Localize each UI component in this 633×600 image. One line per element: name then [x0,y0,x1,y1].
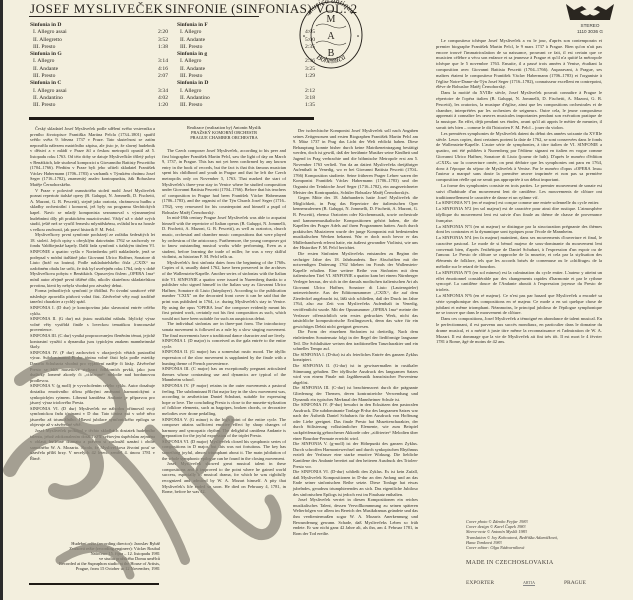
movement-name: III. Presto [177,44,202,51]
note-paragraph: The Czech composer Josef Mysliveček, acc… [162,148,286,215]
composer-name: JOSEF MYSLIVEČEK [30,1,163,17]
movement-duration: 2:12 [305,88,315,95]
movement-name: I. Allegro [177,58,201,65]
artia-logo-icon: ARTIA [523,580,535,586]
note-paragraph: La SINFONIA Nº3 (en ut majeur) se distin… [436,224,602,236]
work-title: Sinfonia in C [30,80,168,87]
movement-name: II. Andantino [30,95,63,102]
exporter-row: EXPORTER ARTIA PRAGUE [466,580,586,586]
movement-name: I. Allegro [177,88,201,95]
note-paragraph: In mid-18th century Prague Josef Myslive… [162,215,286,260]
city-label: PRAGUE [564,580,586,586]
note-paragraph: SINFONIA II. (G major) has a somewhat ru… [162,349,286,366]
movement-row: II. Andante5:00 [177,37,315,44]
movement-name: III. Presto [30,102,55,109]
movement-row: I. Allegro2:12 [177,88,315,95]
movement-row: III. Presto1:29 [177,73,315,80]
note-paragraph: Die SINFONIA VI. (D-dur) schließt den Zy… [293,469,418,497]
movement-name: II. Allegretto [30,37,62,44]
work-title: Sinfonia in G [30,51,168,58]
note-paragraph: SINFONIA III. (C major) has an exception… [162,366,286,383]
movement-duration: 2:20 [158,29,168,36]
note-paragraph: Mysliveček's first sinfonia dates from t… [162,260,286,322]
tracklist-column-2: Sinfonia in FI. Allegro4:05II. Andante5:… [177,22,315,110]
movement-name: III. Presto [177,73,202,80]
credit-line: Cover editor: Olga Nádvorníková [466,545,616,550]
header-rule [29,16,259,17]
note-paragraph: Die SINFONIA I. (D-dur) ist als feierlic… [293,352,418,363]
german-notes: Der tschechische Komponist Josef Myslive… [293,128,418,536]
note-paragraph: La SINFONIA Nº4 (en fa majeur) maintient… [436,235,602,270]
movement-name: III. Presto [177,102,202,109]
note-paragraph: La SINFONIA Nº6 (en ré majeur). Ce n'est… [436,293,602,316]
note-paragraph: SINFONIA V. (G minor) is the high point … [162,417,286,439]
movement-row: I. Allegro2:36 [177,58,315,65]
note-paragraph: La SINFONIA Nº2 (en sol majeur) est de c… [436,206,602,223]
movement-name: III. Presto [30,73,55,80]
movement-duration: 2:07 [158,73,168,80]
french-notes: Le compositeur tchèque Josef Mysliveček … [436,38,602,345]
movement-row: I. Allegro3:14 [30,58,168,65]
work-title: Sinfonia in g [177,51,315,58]
tracklist-column-1: Sinfonia in DI. Allegro assai2:20II. All… [30,22,168,110]
note-paragraph: Český skladatel Josef Mysliveček podle s… [30,126,155,188]
movement-duration: 1:35 [305,102,315,109]
movement-duration: 1:20 [158,102,168,109]
note-paragraph: SINFONIA I. (D dur) je koncipována jako … [30,305,155,316]
movement-row: II. Andante3:25 [177,66,315,73]
catalog-number: 1110 3036 G [560,29,620,35]
record-sleeve-back: JOSEF MYSLIVEČEK SINFONIE (SINFONIAS) VO… [0,0,633,600]
note-paragraph: Myslivečkovy první symfonie pocházejí ze… [30,232,155,288]
work-title: Sinfonia in D [177,80,315,87]
movement-row: II. Allegretto3:52 [30,37,168,44]
note-paragraph: La forme des symphonies consiste en troi… [436,183,602,200]
note-paragraph: Gegen Mitte des 18. Jahrhunderts hatte J… [293,195,418,251]
work-title: Sinfonia in D [30,22,168,29]
movement-row: III. Presto2:35 [177,44,315,51]
note-paragraph: SINFONIA I. (D major) is conceived as th… [162,338,286,349]
note-paragraph: SINFONIA V. (g moll) je vyvrcholením cel… [30,383,155,405]
movement-name: I. Allegro assai [30,88,67,95]
musica-antiqua-bohemica-emblem-icon: musica antiqua Bohemica M A B [298,0,364,70]
note-paragraph: SINFONIA IV. (F major) retains in the ou… [162,383,286,417]
note-paragraph: Dans ces compositions, Josef Mysliveček … [436,316,602,345]
movement-row: I. Allegro4:05 [177,29,315,36]
czech-notes: Český skladatel Josef Mysliveček podle s… [30,126,155,462]
movement-name: II. Andante [30,66,58,73]
movement-row: III. Presto1:38 [30,44,168,51]
svg-text:B: B [328,48,335,59]
movement-duration: 3:52 [158,37,168,44]
note-paragraph: Die SINFONIA IV. (F-dur) bewahrt in den … [293,402,418,441]
note-paragraph: Les premières symphonies de Mysliveček d… [436,131,602,183]
movement-duration: 4:02 [158,95,168,102]
svg-text:M: M [327,14,336,25]
note-paragraph: SINFONIA VI. (D major) Mysliveček closed… [162,439,286,461]
movement-name: II. Andante [177,37,205,44]
note-paragraph: Josef Mysliveček verriet in diesen Kompo… [293,497,418,536]
work-title: Sinfonia in F [177,22,315,29]
movement-row: III. Presto1:20 [30,102,168,109]
orchestra-english: PRAGUE CHAMBER ORCHESTRA [162,135,286,140]
made-in-label: MADE IN CZECHOSLOVAKIA [466,560,554,566]
movement-name: I. Allegro [177,29,201,36]
movement-name: I. Allegro assai [30,29,67,36]
movement-duration: 3:34 [158,88,168,95]
note-paragraph: Josef Mysliveček showed great musical ta… [162,461,286,495]
note-paragraph: Die SINFONIA III. (C-dur) ist beachtensw… [293,385,418,402]
movement-row: II. Andantino3:18 [177,95,315,102]
bottom-divider [29,583,159,585]
stereo-catalog: STEREO 1110 3036 G [560,23,620,35]
movement-name: II. Andantino [177,95,210,102]
note-paragraph: SINFONIA III. (C dur) vyniká propracovan… [30,333,155,350]
tracklist-divider [29,117,314,120]
movement-duration: 3:14 [158,58,168,65]
exporter-label: EXPORTER [466,580,494,586]
movement-duration: 4:16 [158,66,168,73]
note-paragraph: V Praze v polovině osmnáctého století mo… [30,188,155,233]
note-paragraph: Le compositeur tchèque Josef Mysliveček … [436,38,602,90]
note-paragraph: Dans la moitié du XVIIIe siècle, Josef M… [436,90,602,131]
movement-row: II. Andante4:16 [30,66,168,73]
production-credits: Cover photo © Zdenko Feyfar 1983Cover de… [466,519,616,550]
svg-text:A: A [327,31,335,42]
movement-row: II. Andantino4:02 [30,95,168,102]
movement-name: III. Presto [30,44,55,51]
recording-credits: Hudební režie (recording director): Jaro… [30,541,160,571]
movement-duration: 3:18 [305,95,315,102]
movement-row: I. Allegro assai3:34 [30,88,168,95]
realization-credits: Realizace (realization by) Antonín Myslí… [162,125,286,140]
movement-name: I. Allegro [30,58,54,65]
movement-row: III. Presto1:35 [177,102,315,109]
sleeve-edge [0,0,3,600]
note-paragraph: Josef Mysliveček prokázal v těchto sklad… [30,428,155,462]
note-paragraph: SINFONIA VI. (D dur) Mysliveček ne náhod… [30,406,155,428]
note-paragraph: Der tschechische Komponist Josef Myslive… [293,128,418,195]
credit-line: Prague, from 15 October to 12 November, … [30,566,160,571]
note-paragraph: SINFONIA IV. (F dur) zachovává v okrajov… [30,350,155,384]
note-paragraph: The individual sinfonias are in three-pa… [162,321,286,338]
english-notes: The Czech composer Josef Mysliveček, acc… [162,148,286,495]
note-paragraph: Forma jednotlivých symfonií je třídílná.… [30,288,155,305]
note-paragraph: La SINFONIA Nº5 (en sol mineur) est la c… [436,270,602,293]
movement-row: III. Presto2:07 [30,73,168,80]
movement-duration: 1:29 [305,73,315,80]
note-paragraph: Die Form der einzelnen Sinfonien ist dre… [293,329,418,351]
movement-duration: 1:38 [158,44,168,51]
note-paragraph: Die ersten Sinfonien Myslivečeks entstan… [293,251,418,329]
note-paragraph: SINFONIA II. (G dur) má jistou rustikáln… [30,316,155,333]
note-paragraph: Die SINFONIA V. (g-moll) ist der Höhepun… [293,441,418,469]
note-paragraph: Die SINFONIA II. (G-dur) ist in gewisser… [293,363,418,385]
movement-name: II. Andante [177,66,205,73]
movement-row: I. Allegro assai2:20 [30,29,168,36]
